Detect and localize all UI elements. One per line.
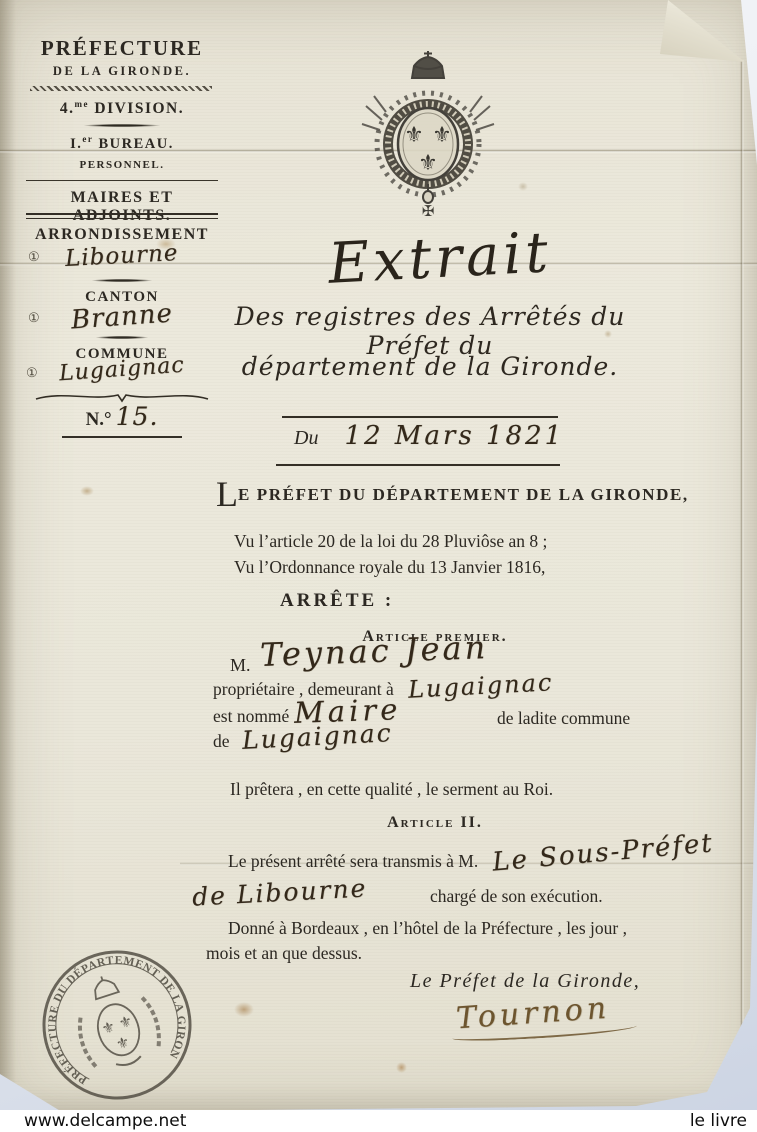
serment-line: Il prêtera , en cette qualité , le serme… <box>230 779 553 800</box>
arrete-heading: ARRÊTE : <box>280 590 394 612</box>
seal-crown-icon <box>90 973 119 999</box>
date-rule-top <box>282 416 558 418</box>
fleur-de-lis-icon: ⚜ <box>432 123 452 148</box>
watermark-bar: www.delcampe.net le livre <box>0 1110 757 1132</box>
line2-handwritten: Lugaignac <box>407 668 554 704</box>
extract-subtitle-line2: département de la Gironde. <box>212 352 648 381</box>
drop-cap: L <box>216 474 238 514</box>
appointee-name-handwritten: Teynac Jean <box>259 628 488 674</box>
fleur-de-lis-icon: ⚜ <box>116 1012 134 1033</box>
prefecture-seal-stamp: PRÉFECTURE DU DÉPARTEMENT DE LA GIRONDE … <box>17 925 216 1124</box>
pendant-cross-icon: ✠ <box>422 202 435 218</box>
article2-heading: Article II. <box>280 814 590 832</box>
photo-scene: PRÉFECTURE DE LA GIRONDE. 4.me DIVISION.… <box>0 0 757 1132</box>
royal-coat-of-arms-emblem: ⚜ ⚜ ⚜ ✠ <box>352 48 504 218</box>
transmis-printed: Le présent arrêté sera transmis à M. <box>228 851 478 872</box>
donne-line1: Donné à Bordeaux , en l’hôtel de la Préf… <box>228 918 627 939</box>
line4-printed: de <box>213 731 230 752</box>
fleur-de-lis-icon: ⚜ <box>404 123 424 148</box>
donne-line2: mois et an que dessus. <box>206 943 362 964</box>
transmis2-printed: chargé de son exécution. <box>430 886 603 907</box>
line3-printed-right: de ladite commune <box>497 708 630 729</box>
fleur-de-lis-icon: ⚜ <box>418 151 438 176</box>
decree-body: ⚜ ⚜ ⚜ ✠ Extrait Des registres des Arrêté… <box>0 0 757 1118</box>
opening-text: E PRÉFET DU DÉPARTEMENT DE LA GIRONDE, <box>238 485 689 504</box>
date-rule-bottom <box>276 464 560 466</box>
vu-line-2: Vu l’Ordonnance royale du 13 Janvier 181… <box>234 557 545 578</box>
date-row: Du 12 Mars 1821 <box>294 421 564 451</box>
opening-line: LE PRÉFET DU DÉPARTEMENT DE LA GIRONDE, <box>216 480 696 508</box>
vu-line-1: Vu l’article 20 de la loi du 28 Pluviôse… <box>234 531 547 552</box>
date-label: Du <box>294 427 318 449</box>
extract-title: Extrait <box>249 216 632 301</box>
monsieur-label: M. <box>230 655 251 676</box>
seal-left-laurel <box>74 1015 98 1069</box>
fleur-de-lis-icon: ⚜ <box>114 1032 132 1053</box>
seal-ribbon <box>116 1056 142 1068</box>
watermark-left-text: www.delcampe.net <box>24 1111 186 1131</box>
crown-icon <box>412 51 444 78</box>
seal-right-laurel <box>140 993 164 1047</box>
transmis2-handwritten: de Libourne <box>191 873 368 911</box>
date-handwritten-value: 12 Mars 1821 <box>344 421 564 451</box>
transmis-handwritten: Le Sous-Préfet <box>491 828 715 877</box>
signoff-line: Le Préfet de la Gironde, <box>410 970 640 993</box>
watermark-right-text: le livre <box>690 1111 747 1131</box>
document-paper: PRÉFECTURE DE LA GIRONDE. 4.me DIVISION.… <box>0 0 757 1118</box>
